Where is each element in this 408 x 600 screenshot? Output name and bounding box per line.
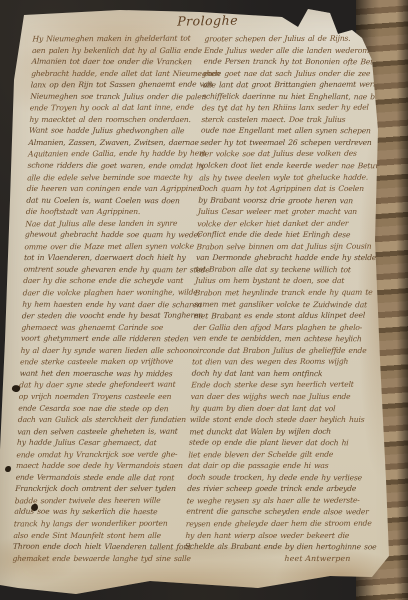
manuscript-line: Almanien tot daer toe onder die Vrancken — [31, 57, 197, 69]
manuscript-line: Ende doch sterke dese syn heerlich verte… — [191, 380, 371, 392]
manuscript-line: tot dien van des wegen des Rooms wijgh — [192, 357, 372, 369]
manuscript-line: dat nu Coelen is, want Coelen was doen — [26, 195, 192, 207]
text-column-right: grooter schepen der Julius al de Rijns.E… — [184, 34, 384, 565]
manuscript-line: daer hy die schone ende die scheyde vant — [23, 276, 189, 288]
manuscript-line: ghemaect was ghenaemt Carinde soe — [21, 323, 187, 335]
manuscript-line: dach van Gulick als sterckheit der funda… — [18, 415, 184, 427]
manuscript-line: ende goet nae dat sach Julius onder die … — [203, 69, 383, 81]
manuscript-line: als hy twee deelen wyle tot ghelucke had… — [199, 172, 379, 184]
manuscript-line: hy maecktet al den roomschen onderdaen. — [29, 115, 195, 127]
manuscript-line: omtrent soude ghevaren ende hy quam ter … — [23, 265, 189, 277]
text-block: Prologhe Hy Nieumeghen maken in ghelderl… — [0, 0, 408, 600]
manuscript-line: ghebracht hadde, ende allet dat lant Nie… — [31, 69, 197, 81]
manuscript-line: sterck castelen maect. Doe trak Julius — [201, 115, 381, 127]
manuscript-line: hy hem haesten ende hy vant daer die sch… — [22, 299, 188, 311]
manuscript-line: schone ridders die goet waren, ende omda… — [27, 161, 193, 173]
manuscript-line: reysen ende gheleyde daer hem die stroom… — [186, 519, 366, 531]
manuscript-line: ven ende te aenbidden, men achtese heyli… — [193, 334, 373, 346]
manuscript-line: dat dair op die passagie ende hi was — [188, 461, 368, 473]
manuscript-photo: Prologhe Hy Nieumeghen maken in ghelderl… — [0, 0, 408, 600]
manuscript-line: doch soude trocken, hy dede ende hy verl… — [187, 472, 367, 484]
manuscript-line: aen palen hy bekenlich dat hy al Gallia … — [32, 46, 198, 58]
manuscript-line: liet ende bleven der Schelde gilt ende — [188, 449, 368, 461]
page-heading: Prologhe — [177, 13, 247, 28]
manuscript-line: dat hy daer syne stede ghefondeert want — [19, 380, 185, 392]
manuscript-line: van Dermonde ghebracht hadde ende hy ste… — [196, 253, 376, 265]
manuscript-line: grooter schepen der Julius al de Rijns. — [204, 34, 384, 46]
manuscript-line: ghewout ghebracht hadde soe quam hy wede… — [25, 230, 191, 242]
manuscript-line: die heeren van coningen ende van Agrippi… — [26, 184, 192, 196]
manuscript-line: Aquitanien ende Gallia, ende hy hadde by… — [28, 149, 194, 161]
manuscript-line: tranck hy langs der wonderliker poorten — [14, 519, 180, 531]
manuscript-line: ende Persen tranck hy tot Bononien ofte … — [203, 57, 383, 69]
manuscript-line: Conflict ende die dede hiet Erlingh dese — [197, 230, 377, 242]
manuscript-line: alle die edele selve beminde soe maecte … — [27, 172, 193, 184]
manuscript-line: Brabon selve binnen om dat Julius sijn C… — [196, 241, 376, 253]
manuscript-line: met dunckt dat Walen by wijlen doch — [189, 426, 369, 438]
manuscript-line: hy hadde Julius Cesar ghemaect, dat — [17, 438, 183, 450]
manuscript-line: oude nae Engellant met allen synen schep… — [201, 126, 381, 138]
manuscript-line: van daer des wijghs wech nae Julius ende — [190, 392, 370, 404]
manuscript-line: der volcke soe dat Julius dese volken de… — [200, 149, 380, 161]
text-column-left: Hy Nieumeghen maken in ghelderlant totae… — [12, 34, 198, 565]
manuscript-line: die hooftstadt van Agrippinen. — [26, 207, 192, 219]
manuscript-line: entrent die gansche scheyden ende alsoe … — [186, 507, 366, 519]
manuscript-line: der steden die voocht ende hy besat Tong… — [22, 311, 188, 323]
manuscript-line: samen met gansliker volcke te Zuidwinde … — [194, 299, 374, 311]
manuscript-line: alle lant dat groot Brittangien ghenaemt… — [202, 80, 382, 92]
manuscript-line: hy den hant wierp alsoe weder bekeert di… — [185, 531, 365, 543]
manuscript-line: tot in Vlaenderen, daerwaert doch hielt … — [24, 253, 190, 265]
manuscript-page: Prologhe Hy Nieumeghen maken in ghelderl… — [0, 0, 408, 600]
manuscript-line: Ende Julius weder alle die landen wedero… — [204, 46, 384, 58]
manuscript-line: der Gallia den afgod Mars plaghen te ghe… — [193, 323, 373, 335]
manuscript-line: Schelde als Brabant ende by dien hertogh… — [185, 542, 365, 554]
manuscript-line: hy quam by dien doer dat lant dat vol — [190, 403, 370, 415]
manuscript-line: aldus soe was hy sekerlich die haeste — [14, 507, 180, 519]
manuscript-line: ghemaket ende bewaerde langhe tyd sine s… — [12, 554, 178, 566]
catchword: heet Antwerpen — [184, 554, 364, 566]
manuscript-line: Julius om hem bystant te doen, soe dat — [195, 276, 375, 288]
manuscript-line: hy al daer hy synde waren lieden alle sc… — [20, 346, 186, 358]
manuscript-line: voort ghetymmert ende alle ridderen sted… — [21, 334, 187, 346]
manuscript-line: lanx op den Rijn tot Sassen ghenaemt end… — [30, 80, 196, 92]
manuscript-line: Almanien, Zassen, Zwaven, Zwitsen, daern… — [28, 138, 194, 150]
manuscript-line: van den selven casteele gheheten is, wan… — [17, 426, 183, 438]
manuscript-line: ende Cesarda soe nae die stede op den — [18, 403, 184, 415]
manuscript-line: maect hadde soe dede hy Vermandois staen — [16, 461, 182, 473]
manuscript-line: Doch quam hy tot Agrippinen dat is Coele… — [198, 184, 378, 196]
manuscript-line: tot Brabon alle dat sy teckene willich t… — [195, 265, 375, 277]
manuscript-line: stede op ende die plant liever dat doch … — [189, 438, 369, 450]
manuscript-line: Want soe hadde Julius ghedwonghen alle — [29, 126, 195, 138]
manuscript-line: Julius Cesar weleer met groter macht van — [198, 207, 378, 219]
manuscript-line: Throon ende doch hielt Vlaenderen tallen… — [13, 542, 179, 554]
manuscript-line: by Brabant voorsz drie groote heren van — [198, 195, 378, 207]
manuscript-line: ende Vermandois stede ende alle dat ront — [15, 472, 181, 484]
manuscript-line: op vrijch noemden Troyens casteele een — [18, 392, 184, 404]
manuscript-line: met Brabant es ende stont aldus klinpet … — [194, 311, 374, 323]
manuscript-line: ende sterke casteele maken op vrijthove — [20, 357, 186, 369]
manuscript-line: oirconde dat Brabon Julius de ghelieffde… — [192, 346, 372, 358]
manuscript-line: wilde stont ende doch stede daer heylich… — [190, 415, 370, 427]
manuscript-line: volcken doot liet ende keerde weder nae … — [199, 161, 379, 173]
manuscript-line: daer die volcke plaghen haer woninghe, w… — [23, 288, 189, 300]
manuscript-line: omme over die Maze met allen synen volck… — [24, 241, 190, 253]
manuscript-line: also ende Sint Maunfelt stont hem alle — [13, 531, 179, 543]
manuscript-line: Brabon met heynlinde tranck ende hy quam… — [195, 288, 375, 300]
manuscript-line: ende omdat hy Vranckrijck soe verde ghe- — [16, 449, 182, 461]
manuscript-line: des rivier scheep goede trinck ende arbe… — [187, 484, 367, 496]
manuscript-line: Franckrijck doch omtrent der selver tyde… — [15, 484, 181, 496]
manuscript-line: des tyt dat hy ten Rhiins lanx seder hy … — [202, 103, 382, 115]
manuscript-line: ende Troyen hy oock al dat lant inne, en… — [30, 103, 196, 115]
manuscript-line: Hy Nieumeghen maken in ghelderlant tot — [32, 34, 198, 46]
